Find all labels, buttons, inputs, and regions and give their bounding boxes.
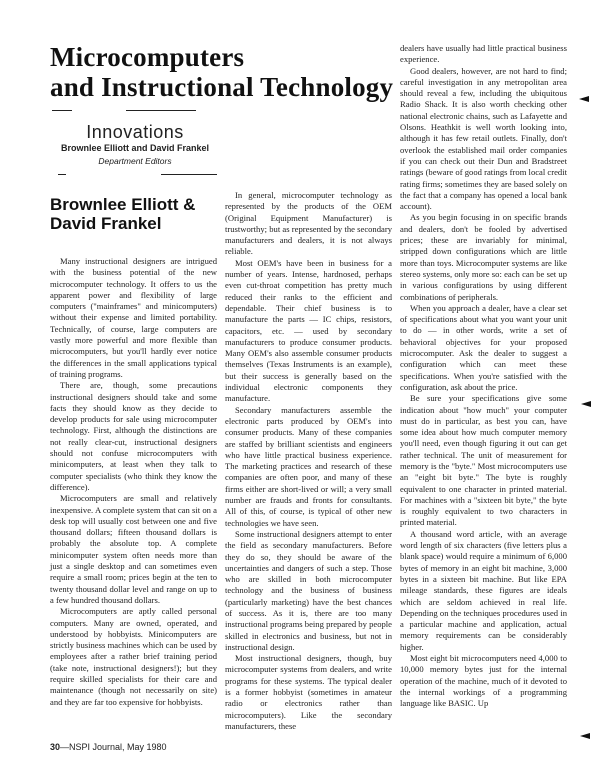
paragraph: As you begin focusing in on specific bra…: [400, 212, 567, 302]
paragraph: There are, though, some precautions inst…: [50, 380, 217, 493]
article-byline: Brownlee Elliott & David Frankel: [50, 195, 230, 233]
paragraph: Most eight bit microcomputers need 4,000…: [400, 653, 567, 709]
department-name: Innovations: [50, 122, 220, 143]
page-footer: 30—NSPI Journal, May 1980: [50, 742, 167, 752]
byline-rule-long: [161, 174, 217, 175]
paragraph-continued: dealers have usually had little practica…: [400, 43, 567, 66]
title-rule-short: [52, 110, 72, 111]
paragraph: Good dealers, however, are not hard to f…: [400, 66, 567, 213]
paragraph: Most instructional designers, though, bu…: [225, 653, 392, 732]
article-title: Microcomputers and Instructional Technol…: [50, 42, 410, 102]
paragraph: Microcomputers are aptly called personal…: [50, 606, 217, 708]
title-line-2: and Instructional Technology: [50, 72, 410, 102]
margin-arrow-icon: [579, 96, 589, 102]
paragraph: Many instructional designers are intrigu…: [50, 256, 217, 380]
paragraph: Secondary manufacturers assemble the ele…: [225, 405, 392, 529]
text-column-2: In general, microcomputer technology as …: [225, 190, 392, 732]
paragraph: Some instructional designers attempt to …: [225, 529, 392, 653]
margin-arrow-icon: [581, 401, 591, 407]
paragraph: A thousand word article, with an average…: [400, 529, 567, 653]
paragraph: In general, microcomputer technology as …: [225, 190, 392, 258]
department-role: Department Editors: [50, 156, 220, 166]
byline-rule-short: [58, 174, 66, 175]
title-rule-long: [126, 110, 196, 111]
text-column-1: Many instructional designers are intrigu…: [50, 256, 217, 708]
margin-arrow-icon: [580, 733, 590, 739]
paragraph: When you approach a dealer, have a clear…: [400, 303, 567, 393]
department-editors: Brownlee Elliott and David Frankel: [50, 143, 220, 153]
text-column-3: dealers have usually had little practica…: [400, 43, 567, 710]
publication-info: —NSPI Journal, May 1980: [60, 742, 167, 752]
paragraph: Most OEM's have been in business for a n…: [225, 258, 392, 405]
page-number: 30: [50, 742, 60, 752]
title-line-1: Microcomputers: [50, 42, 410, 72]
paragraph: Microcomputers are small and relatively …: [50, 493, 217, 606]
paragraph: Be sure your specifications give some in…: [400, 393, 567, 529]
